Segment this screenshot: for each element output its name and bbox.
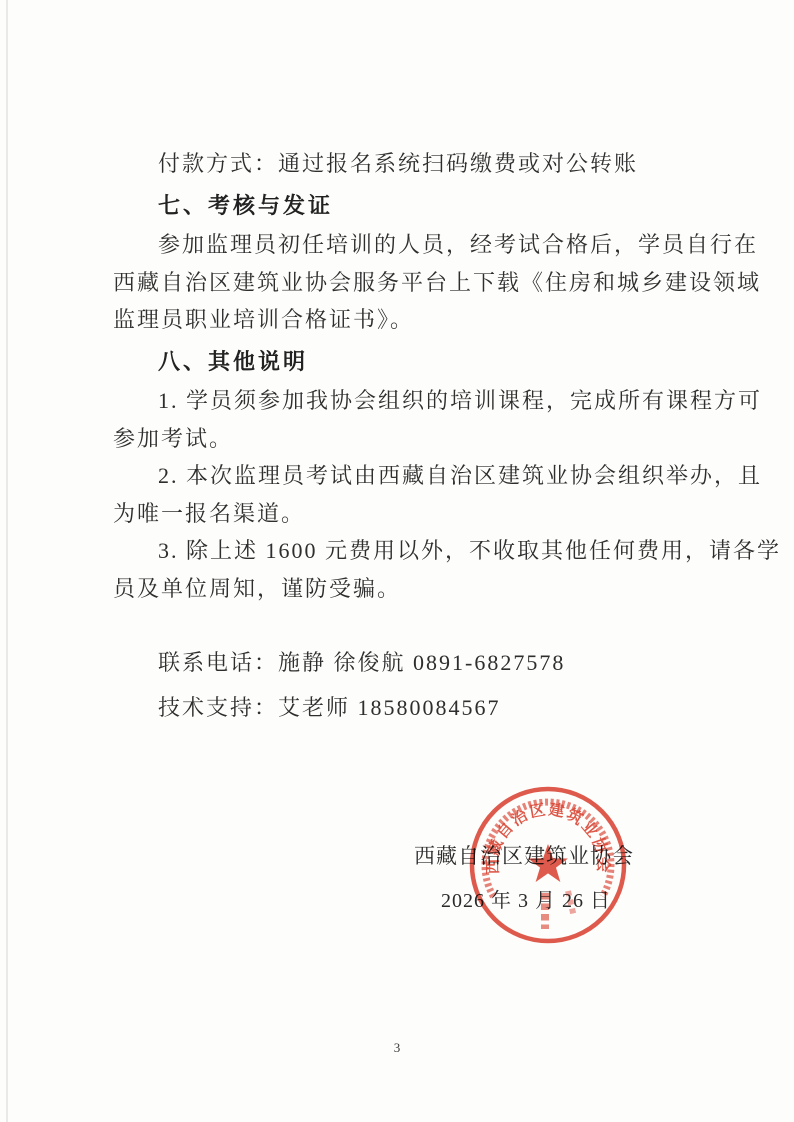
page-number: 3	[0, 1040, 794, 1056]
document-page: 付款方式：通过报名系统扫码缴费或对公转账 七、考核与发证 参加监理员初任培训的人…	[0, 0, 794, 1122]
item3-line-2: 员及单位周知，谨防受骗。	[113, 570, 698, 608]
official-seal: 西藏自治区建筑业协会	[462, 779, 634, 951]
section7-line-3: 监理员职业培训合格证书》。	[113, 301, 698, 339]
item2-line-2: 为唯一报名渠道。	[113, 495, 698, 533]
section7-line-2: 西藏自治区建筑业协会服务平台上下载《住房和城乡建设领域	[113, 264, 698, 302]
seal-bottom-inscription-right	[568, 891, 574, 917]
document-body: 付款方式：通过报名系统扫码缴费或对公转账 七、考核与发证 参加监理员初任培训的人…	[113, 145, 698, 607]
item3-line-1: 3. 除上述 1600 元费用以外，不收取其他任何费用，请各学	[113, 532, 698, 570]
contact-tech-support: 技术支持：艾老师 18580084567	[113, 685, 698, 730]
scan-edge-artifact	[6, 0, 8, 1122]
section7-line-1: 参加监理员初任培训的人员，经考试合格后，学员自行在	[113, 226, 698, 264]
section-heading-8: 八、其他说明	[113, 343, 698, 381]
seal-star-icon	[528, 844, 568, 882]
section-heading-7: 七、考核与发证	[113, 187, 698, 225]
contact-phone: 联系电话：施静 徐俊航 0891-6827578	[113, 640, 698, 685]
paragraph-payment-method: 付款方式：通过报名系统扫码缴费或对公转账	[113, 145, 698, 183]
contact-block: 联系电话：施静 徐俊航 0891-6827578 技术支持：艾老师 185800…	[113, 640, 698, 730]
item2-line-1: 2. 本次监理员考试由西藏自治区建筑业协会组织举办，且	[113, 457, 698, 495]
item1-line-2: 参加考试。	[113, 420, 698, 458]
item1-line-1: 1. 学员须参加我协会组织的培训课程，完成所有课程方可	[113, 382, 698, 420]
